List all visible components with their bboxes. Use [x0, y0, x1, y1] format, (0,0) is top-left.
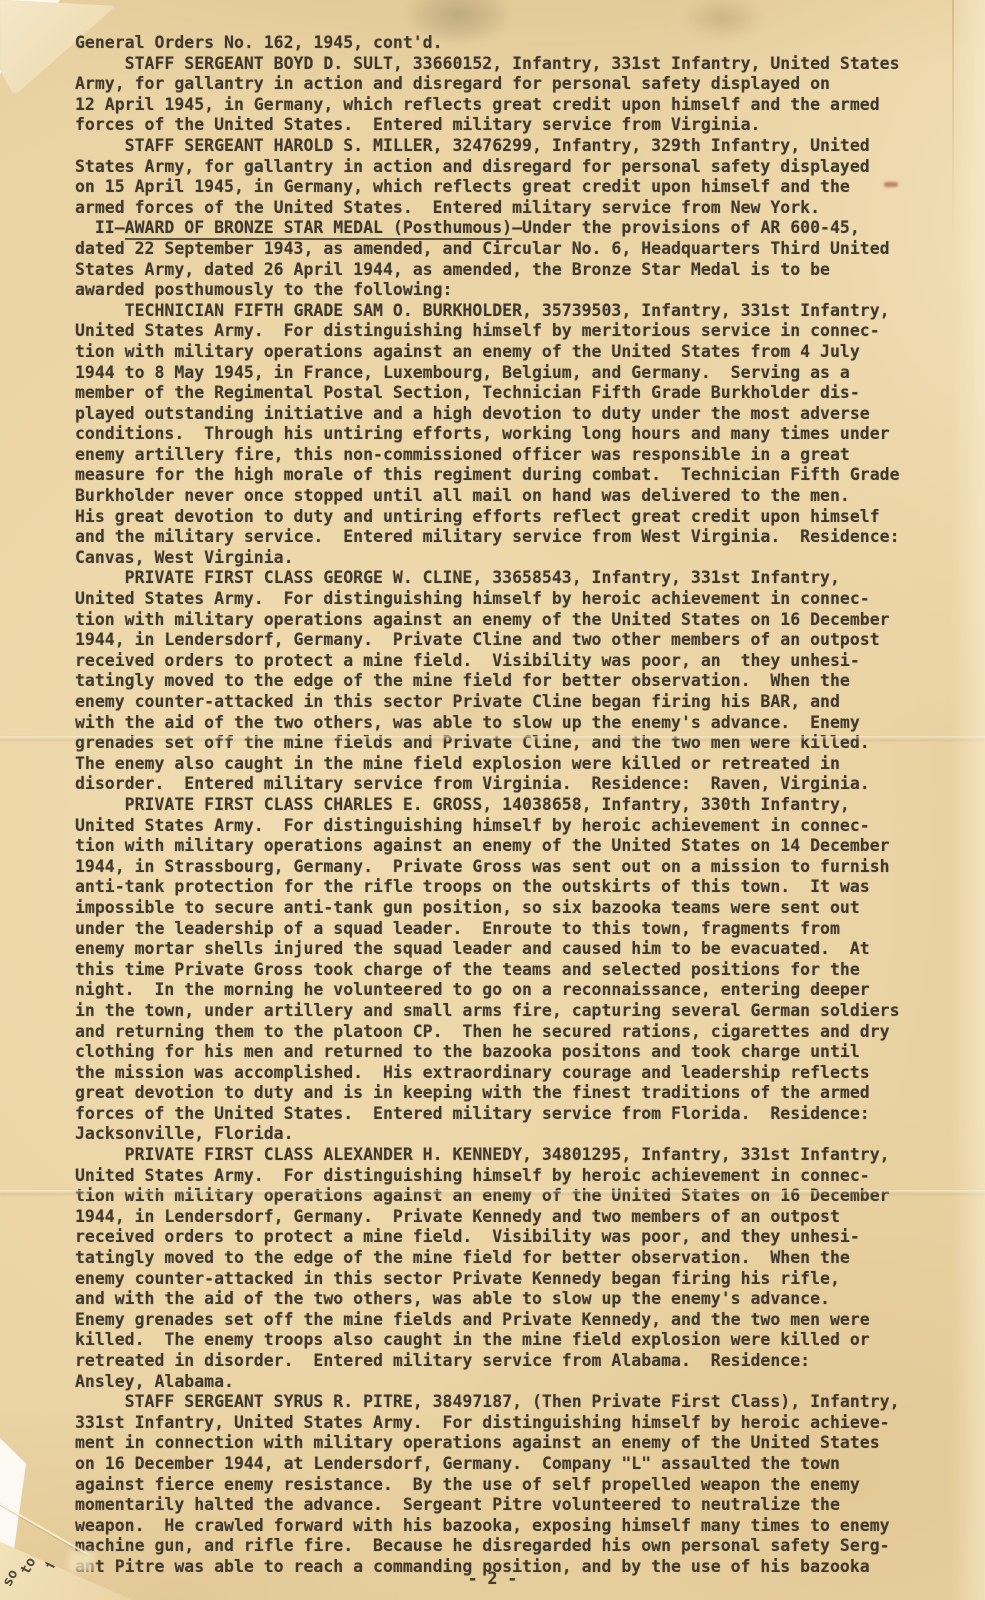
document-line: grenades set off the mine fields and Pri…	[75, 733, 900, 754]
document-line: Enemy grenades set off the mine fields a…	[75, 1310, 900, 1331]
document-line: played outstanding initiative and a high…	[75, 404, 900, 425]
document-line: with the aid of the two others, was able…	[75, 713, 900, 734]
document-line: under the leadership of a squad leader. …	[75, 919, 900, 940]
document-line: received orders to protect a mine field.…	[75, 1227, 900, 1248]
document-line: tion with military operations against an…	[75, 610, 900, 631]
document-line: ment in connection with military operati…	[75, 1433, 900, 1454]
document-line: 1944, in Strassbourg, Germany. Private G…	[75, 857, 900, 878]
document-line: anti-tank protection for the rifle troop…	[75, 877, 900, 898]
document-line: forces of the United States. Entered mil…	[75, 1104, 900, 1125]
document-line: tion with military operations against an…	[75, 1186, 900, 1207]
document-page: General Orders No. 162, 1945, cont'd. ST…	[0, 0, 985, 1600]
right-edge-highlight	[951, 0, 985, 1600]
document-line: STAFF SERGEANT SYRUS R. PITRE, 38497187,…	[75, 1392, 900, 1413]
document-line: armed forces of the United States. Enter…	[75, 198, 900, 219]
document-line: enemy mortar shells injured the squad le…	[75, 939, 900, 960]
document-line: United States Army. For distinguishing h…	[75, 589, 900, 610]
document-line: United States Army. For distinguishing h…	[75, 321, 900, 342]
document-line: STAFF SERGEANT BOYD D. SULT, 33660152, I…	[75, 54, 900, 75]
document-line: Army, for gallantry in action and disreg…	[75, 74, 900, 95]
document-line: and the military service. Entered milita…	[75, 527, 900, 548]
document-line: 1944, in Lendersdorf, Germany. Private K…	[75, 1207, 900, 1228]
document-line: The enemy also caught in the mine field …	[75, 754, 900, 775]
document-line: the mission was accomplished. His extrao…	[75, 1063, 900, 1084]
document-line: Ansley, Alabama.	[75, 1372, 900, 1393]
document-line: States Army, dated 26 April 1944, as ame…	[75, 260, 900, 281]
document-line: II—AWARD OF BRONZE STAR MEDAL (Posthumou…	[75, 218, 900, 239]
document-line: in the town, under artillery and small a…	[75, 1001, 900, 1022]
document-line: TECHNICIAN FIFTH GRADE SAM O. BURKHOLDER…	[75, 301, 900, 322]
document-line: Canvas, West Virginia.	[75, 548, 900, 569]
document-line: great devotion to duty and is in keeping…	[75, 1083, 900, 1104]
document-line: PRIVATE FIRST CLASS ALEXANDER H. KENNEDY…	[75, 1145, 900, 1166]
document-line: States Army, for gallantry in action and…	[75, 157, 900, 178]
document-line: on 15 April 1945, in Germany, which refl…	[75, 177, 900, 198]
document-line: weapon. He crawled forward with his bazo…	[75, 1516, 900, 1537]
document-line: enemy artillery fire, this non-commissio…	[75, 445, 900, 466]
document-line: awarded posthumously to the following:	[75, 280, 900, 301]
document-line: Jacksonville, Florida.	[75, 1124, 900, 1145]
document-line: night. In the morning he volunteered to …	[75, 980, 900, 1001]
document-line: disorder. Entered military service from …	[75, 774, 900, 795]
document-line: conditions. Through his untiring efforts…	[75, 424, 900, 445]
document-line: dated 22 September 1943, as amended, and…	[75, 239, 900, 260]
document-line: STAFF SERGEANT HAROLD S. MILLER, 3247629…	[75, 136, 900, 157]
document-line: United States Army. For distinguishing h…	[75, 816, 900, 837]
document-line: this time Private Gross took charge of t…	[75, 960, 900, 981]
document-line: and with the aid of the two others, was …	[75, 1289, 900, 1310]
document-line: impossible to secure anti-tank gun posit…	[75, 898, 900, 919]
document-line: 331st Infantry, United States Army. For …	[75, 1413, 900, 1434]
document-line: enemy counter-attacked in this sector Pr…	[75, 1269, 900, 1290]
document-line: His great devotion to duty and untiring …	[75, 507, 900, 528]
document-line: against fierce enemy resistance. By the …	[75, 1475, 900, 1496]
document-line: United States Army. For distinguishing h…	[75, 1166, 900, 1187]
document-line: and returning them to the platoon CP. Th…	[75, 1022, 900, 1043]
page-number: - 2 -	[0, 1569, 985, 1588]
document-line: clothing for his men and returned to the…	[75, 1042, 900, 1063]
document-line: retreated in disorder. Entered military …	[75, 1351, 900, 1372]
typed-text-body: General Orders No. 162, 1945, cont'd. ST…	[75, 33, 900, 1578]
document-line: Burkholder never once stopped until all …	[75, 486, 900, 507]
document-line: member of the Regimental Postal Section,…	[75, 383, 900, 404]
document-line: tion with military operations against an…	[75, 342, 900, 363]
document-line: 1944, in Lendersdorf, Germany. Private C…	[75, 630, 900, 651]
document-line: General Orders No. 162, 1945, cont'd.	[75, 33, 900, 54]
document-line: on 16 December 1944, at Lendersdorf, Ger…	[75, 1454, 900, 1475]
document-line: PRIVATE FIRST CLASS CHARLES E. GROSS, 14…	[75, 795, 900, 816]
document-line: measure for the high morale of this regi…	[75, 465, 900, 486]
document-line: forces of the United States. Entered mil…	[75, 115, 900, 136]
document-line: received orders to protect a mine field.…	[75, 651, 900, 672]
document-line: PRIVATE FIRST CLASS GEORGE W. CLINE, 336…	[75, 568, 900, 589]
document-line: 12 April 1945, in Germany, which reflect…	[75, 95, 900, 116]
document-line: machine gun, and rifle fire. Because he …	[75, 1536, 900, 1557]
document-line: tatingly moved to the edge of the mine f…	[75, 1248, 900, 1269]
document-line: 1944 to 8 May 1945, in France, Luxembour…	[75, 363, 900, 384]
document-line: killed. The enemy troops also caught in …	[75, 1330, 900, 1351]
document-line: tatingly moved to the edge of the mine f…	[75, 671, 900, 692]
vertical-edge-crease	[952, 0, 954, 240]
fold-text-fragment: forc	[42, 1538, 72, 1573]
document-line: enemy counter-attacked in this sector Pr…	[75, 692, 900, 713]
document-line: tion with military operations against an…	[75, 836, 900, 857]
document-line: momentarily halted the advance. Sergeant…	[75, 1495, 900, 1516]
